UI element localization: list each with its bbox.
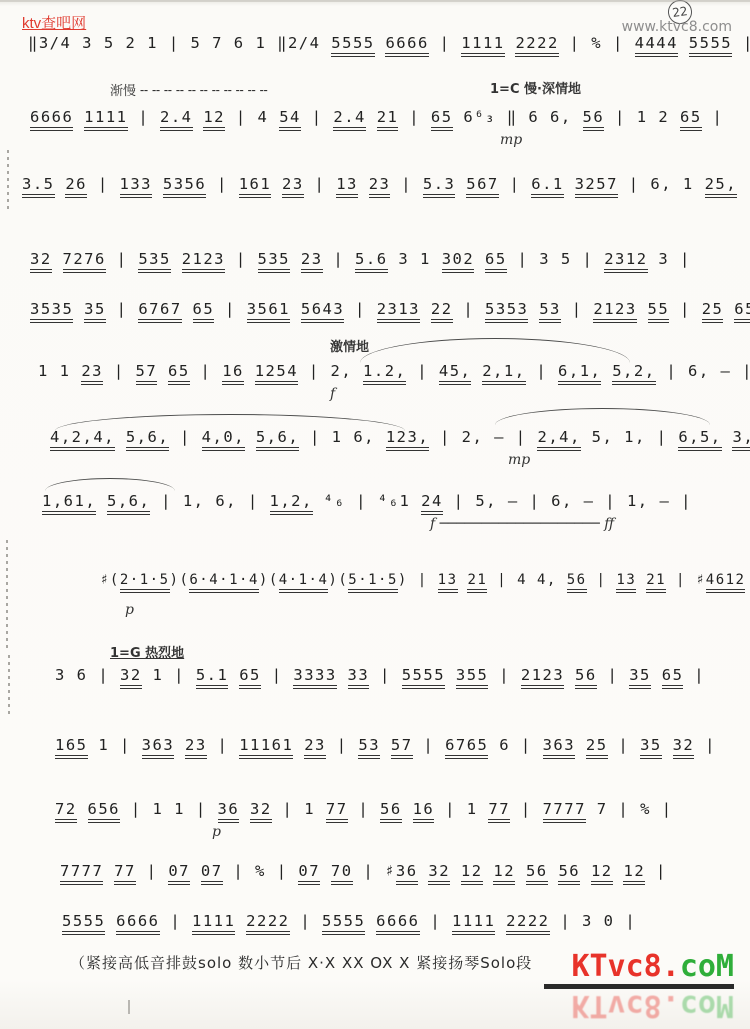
key-tempo-marking: 1=C 慢·深情地: [490, 78, 581, 97]
performance-footnote: （紧接高低音排鼓solo 数小节后 X·X XX OX X 紧接扬琴Solo段: [70, 952, 532, 973]
slur-arc: [45, 478, 175, 491]
notation-line: 4,2,4, 5,6, | 4,0, 5,6, | 1 6, 123, | 2,…: [50, 428, 750, 446]
ktvc8-logo[interactable]: KTvc8.coM KTvc8.coM: [544, 952, 734, 1020]
logo-reflection: KTvc8.coM: [544, 990, 734, 1020]
slur-arc: [360, 338, 630, 363]
scan-artifact: [6, 540, 8, 650]
dynamic-marking: f: [330, 386, 335, 402]
logo-text: KTvc8.coM: [544, 952, 734, 982]
notation-line: 5555 6666 | 1111 2222 | 5555 6666 | 1111…: [62, 912, 636, 930]
notation-line: 165 1 | 363 23 | 11161 23 | 53 57 | 6765…: [55, 736, 716, 754]
scan-artifact: [0, 0, 750, 2]
site-link[interactable]: ktv查吧网: [22, 12, 86, 33]
notation-line: 72 656 | 1 1 | 36 32 | 1 77 | 56 16 | 1 …: [55, 800, 673, 818]
dynamic-marking: p: [125, 602, 134, 618]
crescendo-marking: f ─────────────────── ff: [430, 516, 614, 532]
notation-line: 1 1 23 | 57 65 | 16 1254 | 2, 1.2, | 45,…: [38, 362, 750, 380]
site-url-watermark[interactable]: www.ktvc8.com: [622, 19, 732, 35]
dynamic-marking: mp: [508, 452, 530, 468]
dynamic-marking: p: [212, 824, 221, 840]
notation-line: 7777 77 | 07 07 | % | 07 70 | ♯36 32 12 …: [60, 862, 667, 880]
notation-line: 3 6 | 32 1 | 5.1 65 | 3333 33 | 5555 355…: [55, 666, 705, 684]
notation-line: 32 7276 | 535 2123 | 535 23 | 5.6 3 1 30…: [30, 250, 691, 268]
notation-line: 3535 35 | 6767 65 | 3561 5643 | 2313 22 …: [30, 300, 750, 318]
scan-artifact: [128, 1000, 130, 1014]
notation-line: 6666 1111 | 2.4 12 | 4 54 | 2.4 21 | 65 …: [30, 108, 723, 126]
scan-artifact: [8, 655, 10, 715]
key-tempo-marking: 1=G 热烈地: [110, 642, 184, 661]
notation-line: 3.5 26 | 133 5356 | 161 23 | 13 23 | 5.3…: [22, 175, 750, 193]
tempo-annotation: 渐慢 ╌ ╌ ╌ ╌ ╌ ╌ ╌ ╌ ╌ ╌ ╌: [110, 80, 268, 99]
slur-arc: [495, 408, 710, 425]
notation-line: 1,61, 5,6, | 1, 6, | 1,2, ⁴₆ | ⁴₆1 24 | …: [42, 492, 692, 510]
notation-line: ♯(2·1·5)(6·4·1·4)(4·1·4)(5·1·5) | 13 21 …: [100, 572, 750, 588]
dynamic-marking: mp: [500, 132, 522, 148]
scan-artifact: [7, 150, 9, 210]
notation-line: ‖3/4 3 5 2 1 | 5 7 6 1 ‖2/4 5555 6666 | …: [28, 34, 750, 52]
expression-annotation: 激情地: [330, 336, 369, 355]
scanned-sheet-music-page: ktv查吧网 22 www.ktvc8.com ‖3/4 3 5 2 1 | 5…: [0, 0, 750, 1029]
